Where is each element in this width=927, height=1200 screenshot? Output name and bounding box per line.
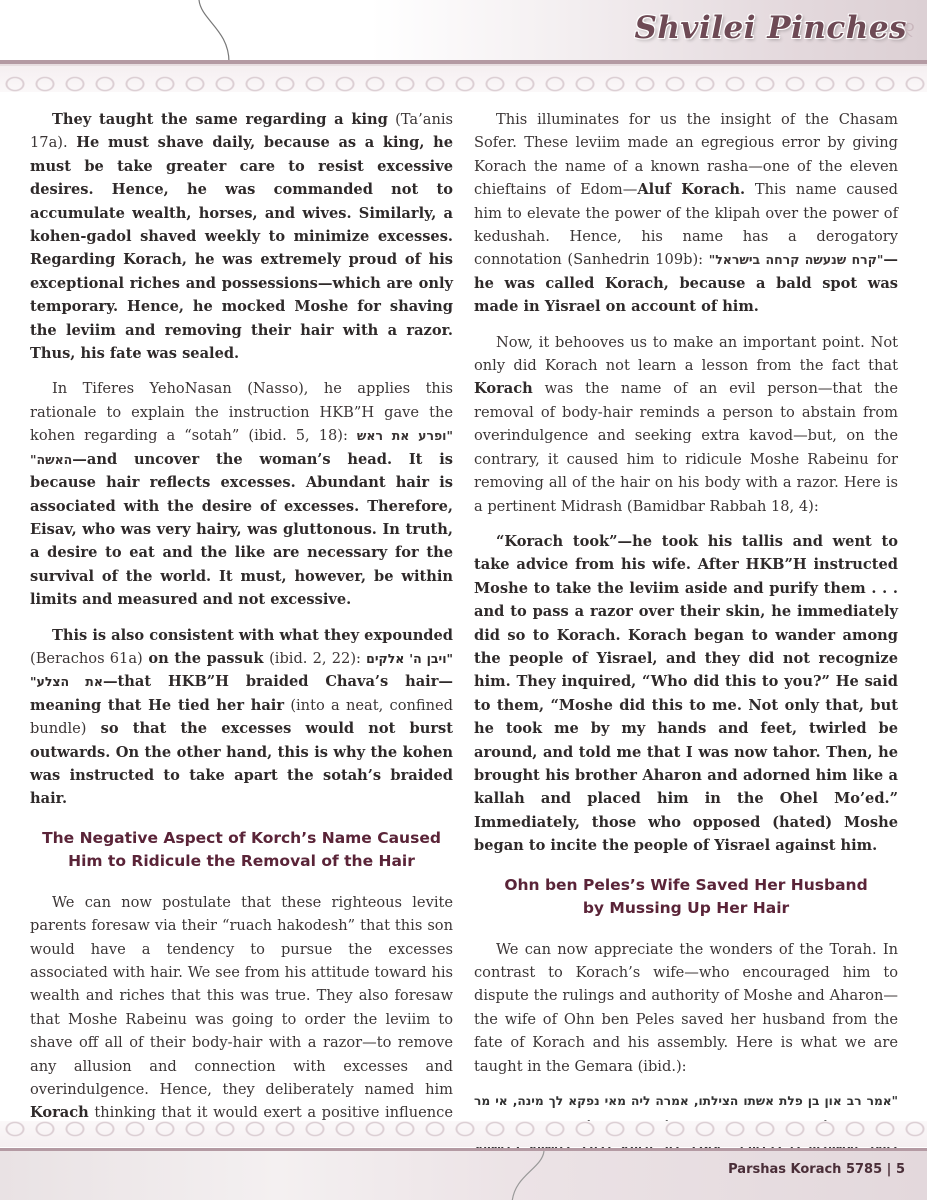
ornamental-border-top [0,66,927,92]
decorative-curve-icon [508,1151,548,1200]
ornamental-border-bottom [0,1121,927,1147]
paragraph: We can now appreciate the wonders of the… [474,938,898,1078]
decorative-curve-icon [195,0,235,62]
publication-title: Shvilei Pinches [635,10,908,46]
section-heading: The Negative Aspect of Korch’s Name Caus… [30,827,453,873]
hebrew-quote: "קרח שנעשה קרחה בישראל" [709,252,884,267]
right-column: This illuminates for us the insight of t… [474,108,898,1184]
paragraph: In Tiferes YehoNasan (Nasso), he applies… [30,377,453,611]
page-footer-label: Parshas Korach 5785 | 5 [728,1162,905,1177]
paragraph: This illuminates for us the insight of t… [474,108,898,319]
section-heading: Ohn ben Peles’s Wife Saved Her Husbandby… [474,874,898,920]
page-footer: Parshas Korach 5785 | 5 [0,1148,927,1200]
paragraph: They taught the same regarding a king (T… [30,108,453,365]
left-column: They taught the same regarding a king (T… [30,108,453,1184]
swirl-ornament-icon: ୧ [904,18,915,43]
paragraph: Now, it behooves us to make an important… [474,331,898,518]
midrash-quote: “Korach took”—he took his tallis and wen… [474,530,898,858]
paragraph: This is also consistent with what they e… [30,624,453,811]
